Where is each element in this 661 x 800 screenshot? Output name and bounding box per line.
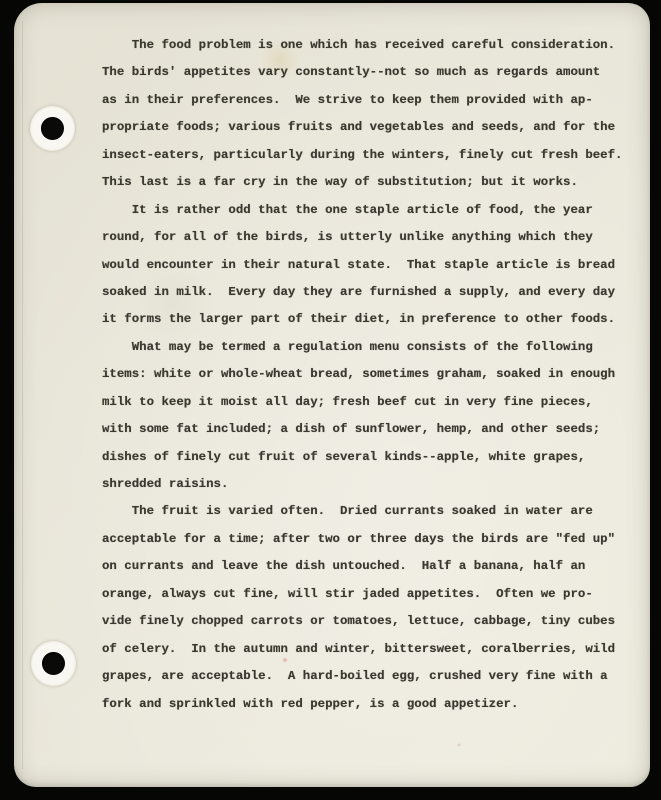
punch-hole-top bbox=[41, 117, 64, 140]
text-line: insect-eaters, particularly during the w… bbox=[102, 142, 647, 169]
text-line: soaked in milk. Every day they are furni… bbox=[102, 279, 647, 306]
text-line: round, for all of the birds, is utterly … bbox=[102, 224, 647, 251]
text-line: milk to keep it moist all day; fresh bee… bbox=[102, 389, 647, 416]
text-line: as in their preferences. We strive to ke… bbox=[102, 87, 647, 114]
text-line: it forms the larger part of their diet, … bbox=[102, 306, 647, 333]
text-line: fork and sprinkled with red pepper, is a… bbox=[102, 691, 647, 718]
text-line: of celery. In the autumn and winter, bit… bbox=[102, 636, 647, 663]
text-line: would encounter in their natural state. … bbox=[102, 252, 647, 279]
text-line: The food problem is one which has receiv… bbox=[102, 32, 647, 59]
punch-hole-reinforcement-top bbox=[30, 106, 75, 151]
text-line: The birds' appetites vary constantly--no… bbox=[102, 59, 647, 86]
text-line: propriate foods; various fruits and vege… bbox=[102, 114, 647, 141]
text-line: with some fat included; a dish of sunflo… bbox=[102, 416, 647, 443]
text-line: on currants and leave the dish untouched… bbox=[102, 553, 647, 580]
punch-hole-bottom bbox=[42, 652, 65, 675]
scan-background: The food problem is one which has receiv… bbox=[0, 0, 661, 800]
text-line: vide finely chopped carrots or tomatoes,… bbox=[102, 608, 647, 635]
text-line: acceptable for a time; after two or thre… bbox=[102, 526, 647, 553]
text-line: items: white or whole-wheat bread, somet… bbox=[102, 361, 647, 388]
text-line: orange, always cut fine, will stir jaded… bbox=[102, 581, 647, 608]
text-line: grapes, are acceptable. A hard-boiled eg… bbox=[102, 663, 647, 690]
text-line: What may be termed a regulation menu con… bbox=[102, 334, 647, 361]
text-line: This last is a far cry in the way of sub… bbox=[102, 169, 647, 196]
punch-hole-reinforcement-bottom bbox=[31, 641, 76, 686]
page-text: The food problem is one which has receiv… bbox=[102, 32, 647, 718]
text-line: shredded raisins. bbox=[102, 471, 647, 498]
text-line: The fruit is varied often. Dried currant… bbox=[102, 498, 647, 525]
text-line: It is rather odd that the one staple art… bbox=[102, 197, 647, 224]
typewritten-page: The food problem is one which has receiv… bbox=[14, 3, 650, 787]
text-line: dishes of finely cut fruit of several ki… bbox=[102, 444, 647, 471]
